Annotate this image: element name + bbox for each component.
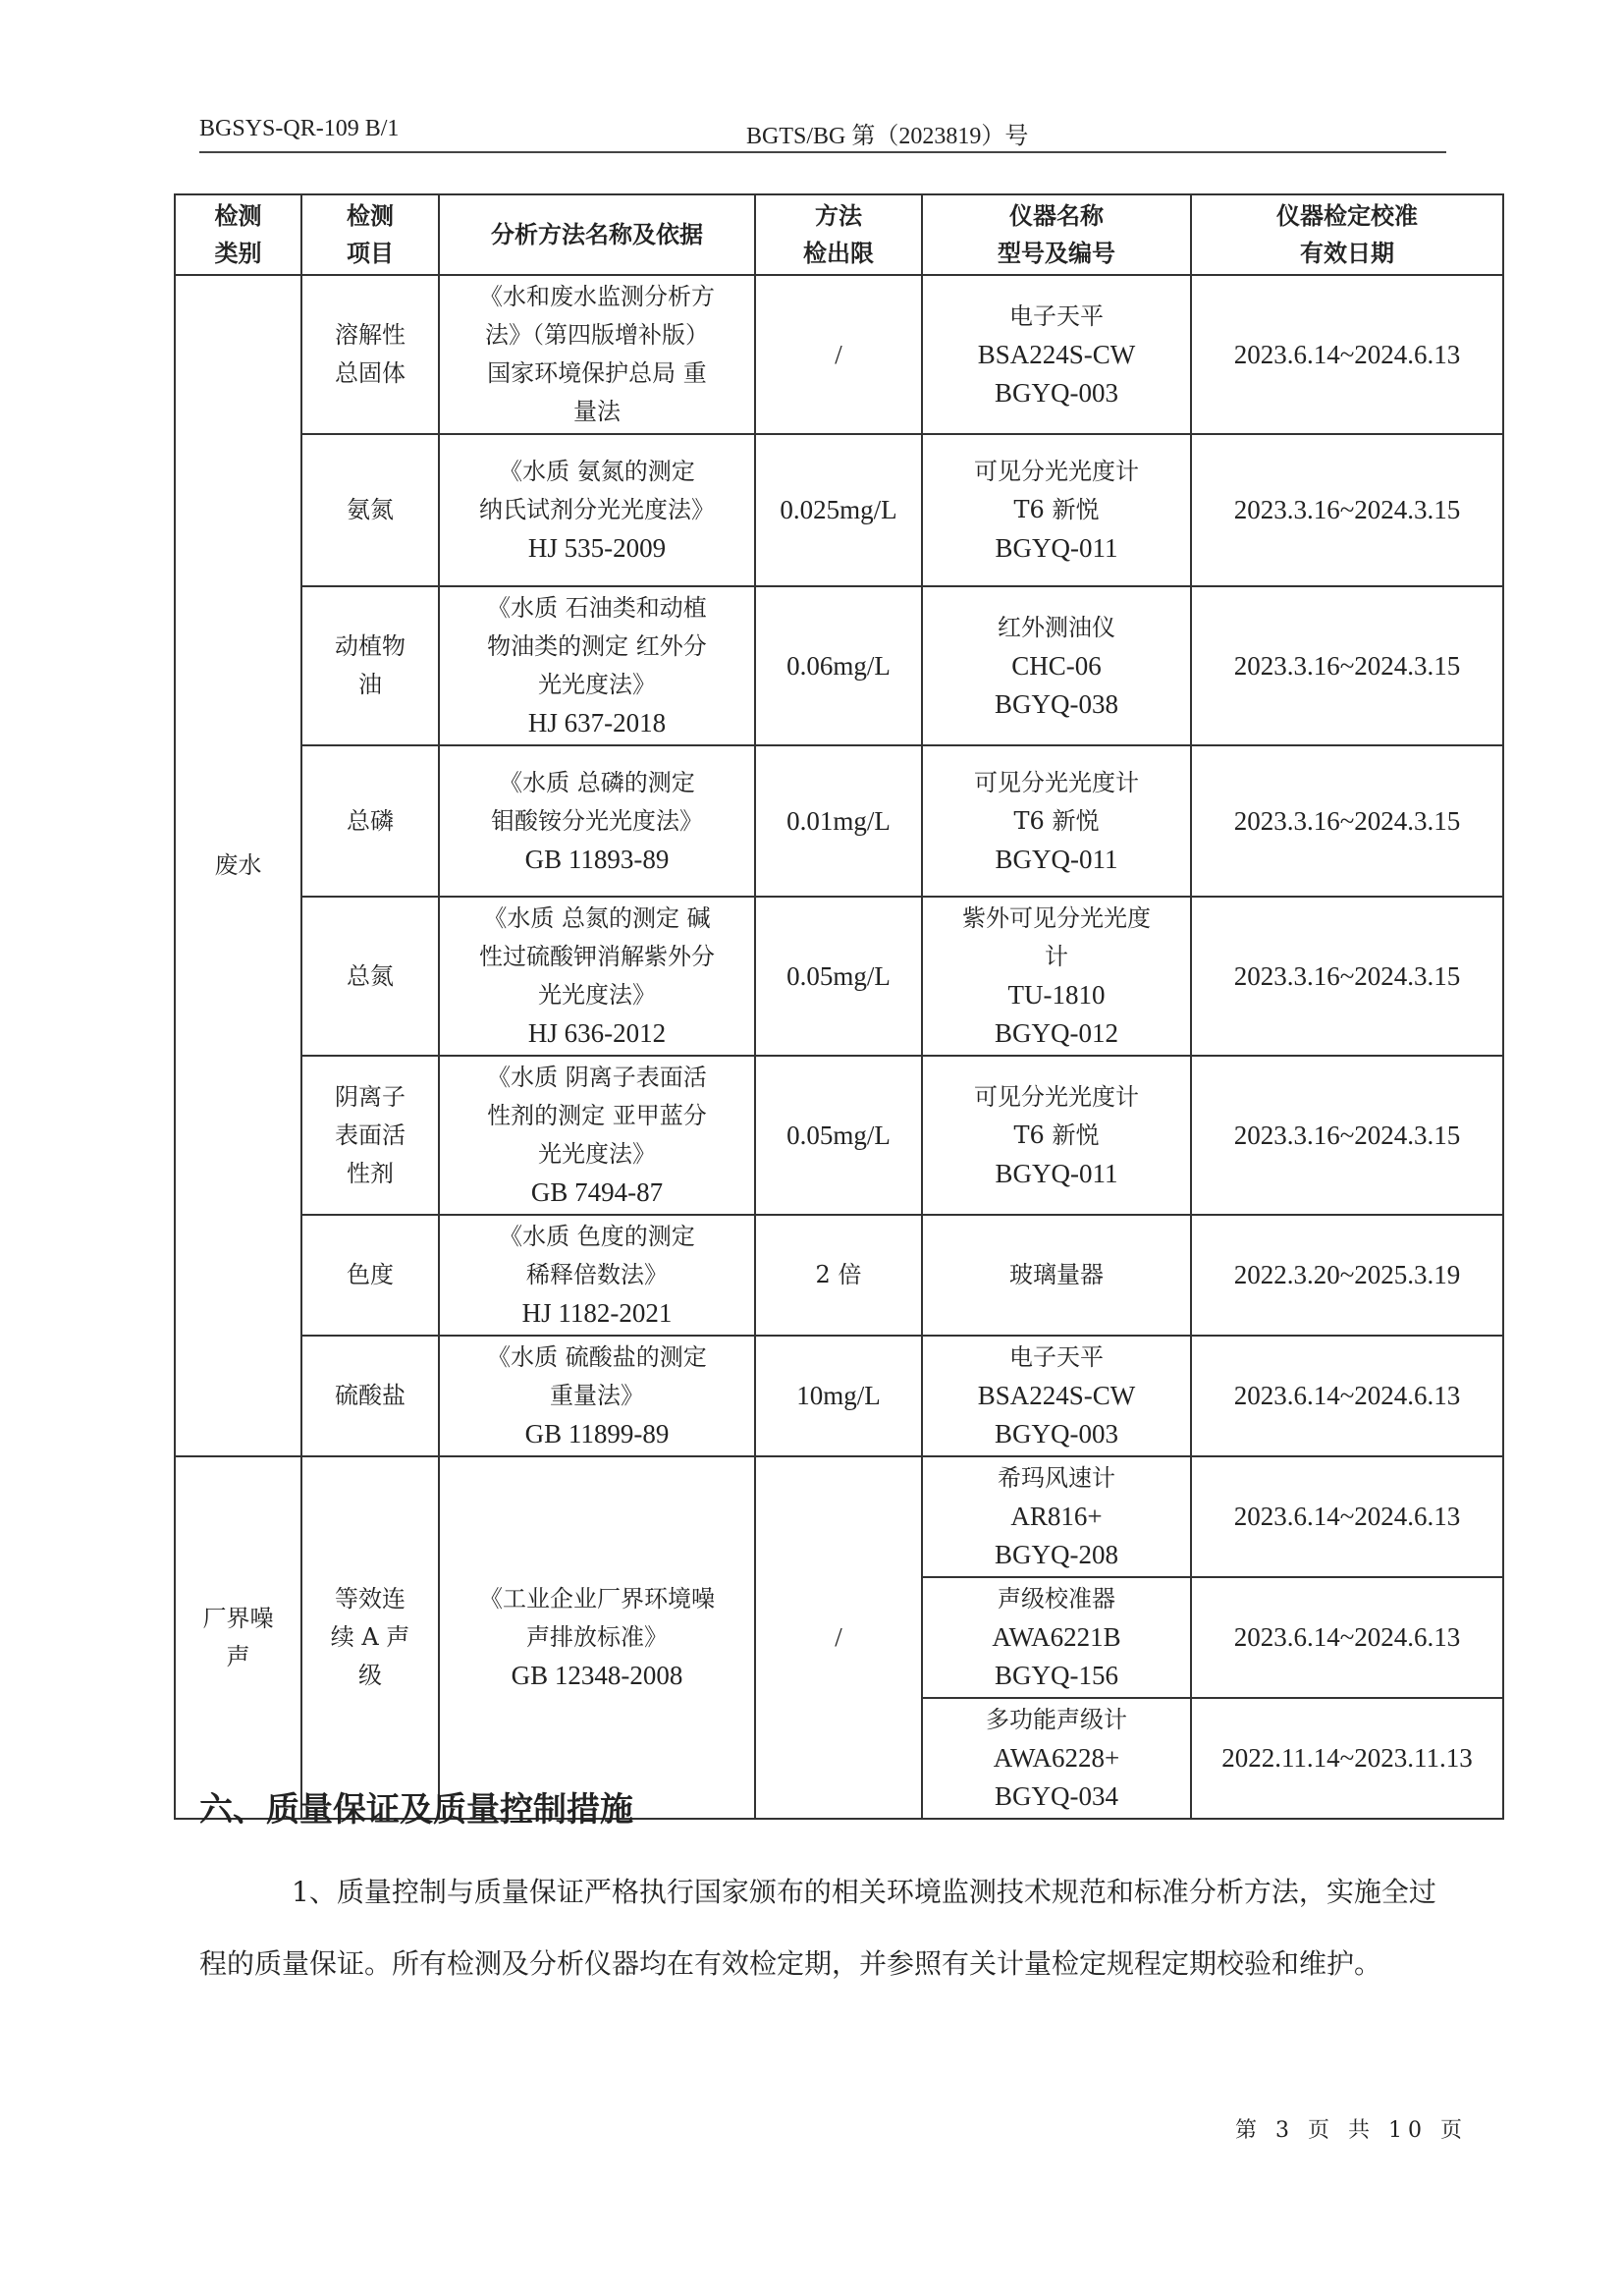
limit-cell: / [755, 275, 922, 434]
item-cell: 溶解性总固体 [301, 275, 439, 434]
category-cell: 废水 [175, 275, 301, 1456]
valid-date-cell: 2023.3.16~2024.3.15 [1191, 897, 1503, 1056]
method-instrument-table: 检测类别 检测项目 分析方法名称及依据 方法检出限 仪器名称型号及编号 仪器检定… [174, 193, 1504, 1820]
paragraph-text: 1、质量控制与质量保证严格执行国家颁布的相关环境监测技术规范和标准分析方法，实施… [199, 1876, 1436, 1980]
table-row: 阴离子表面活性剂《水质 阴离子表面活性剂的测定 亚甲蓝分光光度法》GB 7494… [175, 1056, 1503, 1215]
item-cell: 总氮 [301, 897, 439, 1056]
item-cell: 总磷 [301, 745, 439, 897]
section-paragraph: 1、质量控制与质量保证严格执行国家颁布的相关环境监测技术规范和标准分析方法，实施… [199, 1856, 1451, 1999]
method-cell: 《水和废水监测分析方法》（第四版增补版）国家环境保护总局 重量法 [439, 275, 755, 434]
item-cell: 动植物油 [301, 586, 439, 745]
page-number: 第 3 页 共 10 页 [1235, 2113, 1468, 2144]
report-number: BGTS/BG 第（2023819）号 [746, 116, 1028, 150]
col-header-valid-date: 仪器检定校准有效日期 [1191, 194, 1503, 275]
col-header-instrument: 仪器名称型号及编号 [922, 194, 1191, 275]
instrument-cell: 电子天平BSA224S-CWBGYQ-003 [922, 275, 1191, 434]
valid-date-cell: 2023.6.14~2024.6.13 [1191, 1456, 1503, 1577]
valid-date-cell: 2022.11.14~2023.11.13 [1191, 1698, 1503, 1819]
instrument-cell: 可见分光光度计T6 新悦BGYQ-011 [922, 1056, 1191, 1215]
col-header-limit: 方法检出限 [755, 194, 922, 275]
item-cell: 等效连续 A 声级 [301, 1456, 439, 1819]
limit-cell: / [755, 1456, 922, 1819]
item-cell: 阴离子表面活性剂 [301, 1056, 439, 1215]
method-cell: 《水质 总磷的测定钼酸铵分光光度法》GB 11893-89 [439, 745, 755, 897]
table-row: 厂界噪声等效连续 A 声级《工业企业厂界环境噪声排放标准》GB 12348-20… [175, 1456, 1503, 1577]
method-cell: 《水质 氨氮的测定纳氏试剂分光光度法》HJ 535-2009 [439, 434, 755, 586]
section-heading: 六、质量保证及质量控制措施 [199, 1782, 633, 1831]
table-row: 废水溶解性总固体《水和废水监测分析方法》（第四版增补版）国家环境保护总局 重量法… [175, 275, 1503, 434]
instrument-cell: 红外测油仪CHC-06BGYQ-038 [922, 586, 1191, 745]
limit-cell: 0.01mg/L [755, 745, 922, 897]
col-header-category: 检测类别 [175, 194, 301, 275]
valid-date-cell: 2023.3.16~2024.3.15 [1191, 745, 1503, 897]
limit-cell: 0.025mg/L [755, 434, 922, 586]
category-cell: 厂界噪声 [175, 1456, 301, 1819]
instrument-cell: 电子天平BSA224S-CWBGYQ-003 [922, 1336, 1191, 1456]
limit-cell: 0.05mg/L [755, 897, 922, 1056]
table-row: 总磷《水质 总磷的测定钼酸铵分光光度法》GB 11893-890.01mg/L可… [175, 745, 1503, 897]
instrument-cell: 紫外可见分光光度计TU-1810BGYQ-012 [922, 897, 1191, 1056]
instrument-cell: 可见分光光度计T6 新悦BGYQ-011 [922, 745, 1191, 897]
table-header-row: 检测类别 检测项目 分析方法名称及依据 方法检出限 仪器名称型号及编号 仪器检定… [175, 194, 1503, 275]
valid-date-cell: 2023.6.14~2024.6.13 [1191, 1577, 1503, 1698]
limit-cell: 10mg/L [755, 1336, 922, 1456]
item-cell: 色度 [301, 1215, 439, 1336]
method-cell: 《工业企业厂界环境噪声排放标准》GB 12348-2008 [439, 1456, 755, 1819]
method-cell: 《水质 阴离子表面活性剂的测定 亚甲蓝分光光度法》GB 7494-87 [439, 1056, 755, 1215]
instrument-cell: 可见分光光度计T6 新悦BGYQ-011 [922, 434, 1191, 586]
method-cell: 《水质 石油类和动植物油类的测定 红外分光光度法》HJ 637-2018 [439, 586, 755, 745]
col-header-method: 分析方法名称及依据 [439, 194, 755, 275]
instrument-cell: 声级校准器AWA6221BBGYQ-156 [922, 1577, 1191, 1698]
table-row: 硫酸盐《水质 硫酸盐的测定重量法》GB 11899-8910mg/L电子天平BS… [175, 1336, 1503, 1456]
item-cell: 氨氮 [301, 434, 439, 586]
instrument-cell: 玻璃量器 [922, 1215, 1191, 1336]
valid-date-cell: 2023.3.16~2024.3.15 [1191, 586, 1503, 745]
col-header-item: 检测项目 [301, 194, 439, 275]
valid-date-cell: 2023.3.16~2024.3.15 [1191, 1056, 1503, 1215]
limit-cell: 0.05mg/L [755, 1056, 922, 1215]
valid-date-cell: 2023.3.16~2024.3.15 [1191, 434, 1503, 586]
form-code: BGSYS-QR-109 B/1 [199, 116, 399, 142]
table-row: 色度《水质 色度的测定稀释倍数法》HJ 1182-20212 倍玻璃量器2022… [175, 1215, 1503, 1336]
valid-date-cell: 2023.6.14~2024.6.13 [1191, 1336, 1503, 1456]
item-cell: 硫酸盐 [301, 1336, 439, 1456]
method-cell: 《水质 总氮的测定 碱性过硫酸钾消解紫外分光光度法》HJ 636-2012 [439, 897, 755, 1056]
method-cell: 《水质 色度的测定稀释倍数法》HJ 1182-2021 [439, 1215, 755, 1336]
limit-cell: 2 倍 [755, 1215, 922, 1336]
instrument-cell: 希玛风速计AR816+BGYQ-208 [922, 1456, 1191, 1577]
page-header: BGSYS-QR-109 B/1 BGTS/BG 第（2023819）号 [199, 116, 1446, 153]
table-row: 氨氮《水质 氨氮的测定纳氏试剂分光光度法》HJ 535-20090.025mg/… [175, 434, 1503, 586]
method-cell: 《水质 硫酸盐的测定重量法》GB 11899-89 [439, 1336, 755, 1456]
valid-date-cell: 2023.6.14~2024.6.13 [1191, 275, 1503, 434]
instrument-cell: 多功能声级计AWA6228+BGYQ-034 [922, 1698, 1191, 1819]
table-row: 总氮《水质 总氮的测定 碱性过硫酸钾消解紫外分光光度法》HJ 636-20120… [175, 897, 1503, 1056]
limit-cell: 0.06mg/L [755, 586, 922, 745]
valid-date-cell: 2022.3.20~2025.3.19 [1191, 1215, 1503, 1336]
table-row: 动植物油《水质 石油类和动植物油类的测定 红外分光光度法》HJ 637-2018… [175, 586, 1503, 745]
